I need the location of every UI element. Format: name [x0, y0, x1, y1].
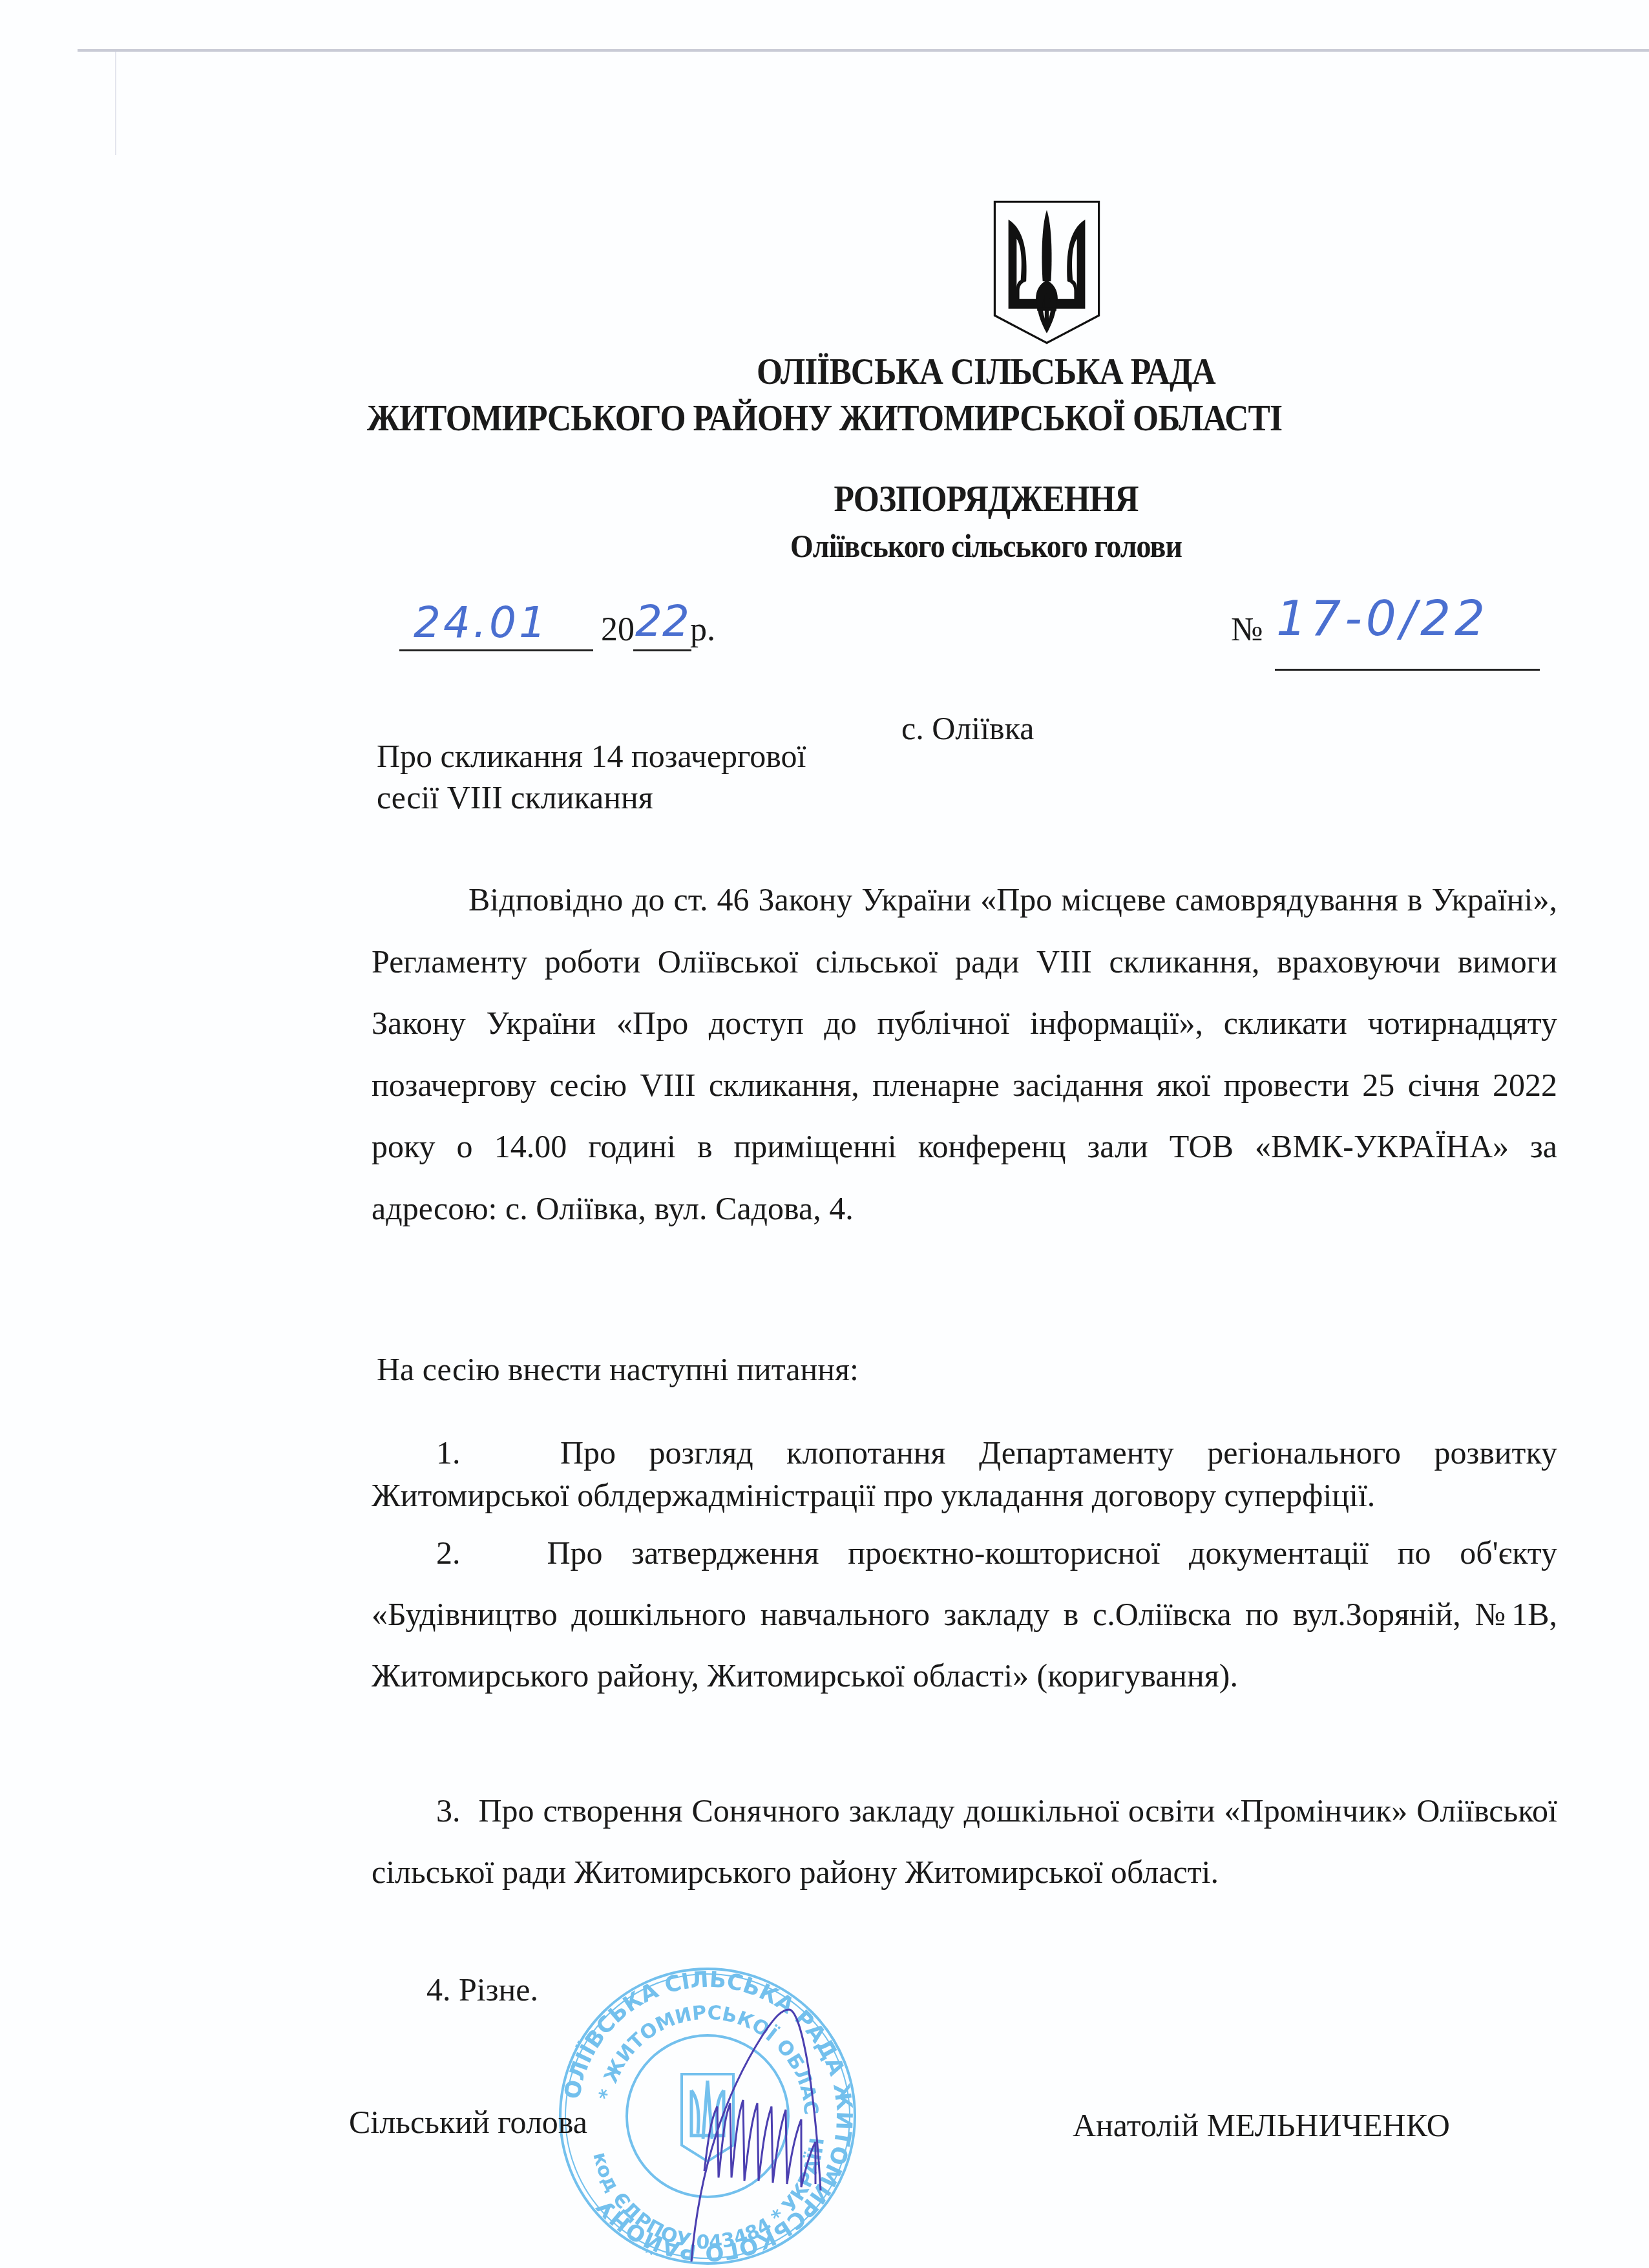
ukraine-coat-of-arms-icon: [992, 199, 1102, 346]
year-suffix-handwritten: 22: [635, 596, 689, 646]
agenda-item-number: 2.: [436, 1535, 461, 1571]
agenda-item-number: 1.: [436, 1434, 461, 1471]
agenda-item-text: Різне.: [459, 1971, 538, 2008]
place-of-issue: с. Оліївка: [901, 709, 1034, 747]
number-handwritten: 17-0/22: [1276, 591, 1489, 647]
document-type: РОЗПОРЯДЖЕННЯ: [227, 481, 1649, 518]
number-underline: [1275, 669, 1540, 671]
district-region: ЖИТОМИРСЬКОГО РАЙОНУ ЖИТОМИРСЬКОЇ ОБЛАСТ…: [66, 401, 1583, 437]
agenda-item-number: 4.: [426, 1971, 451, 2008]
body-paragraph: Відповідно до ст. 46 Закону України «Про…: [372, 869, 1557, 1239]
year-underline: [633, 649, 691, 651]
document-subject: Про скликання 14 позачергової сесії VIII…: [377, 735, 806, 818]
year-label: р.: [690, 611, 715, 649]
signatory-name: Анатолій МЕЛЬНИЧЕНКО: [1073, 2106, 1450, 2144]
agenda-intro: На сесію внести наступні питання:: [377, 1350, 859, 1388]
agenda-item-text: Про створення Сонячного закладу дошкільн…: [372, 1792, 1557, 1890]
date-day-month-handwritten: 24.01: [414, 598, 549, 647]
year-prefix: 20: [601, 611, 635, 649]
agenda-item: 2. Про затвердження проєктно-кошторисної…: [372, 1522, 1557, 1706]
agenda-item: 3. Про створення Сонячного закладу дошкі…: [372, 1780, 1557, 1903]
document-issuer: Оліївського сільського голови: [227, 530, 1649, 562]
council-name: ОЛІЇВСЬКА СІЛЬСЬКА РАДА: [227, 354, 1649, 390]
agenda-item-text: Про затвердження проєктно-кошторисної до…: [372, 1535, 1557, 1694]
agenda-item-number: 3.: [436, 1792, 461, 1829]
handwritten-signature: [646, 1977, 918, 2262]
agenda-item: 4. Різне.: [426, 1971, 538, 2008]
agenda-item: 1. Про розгляд клопотання Департаменту р…: [372, 1431, 1557, 1517]
date-underline: [399, 649, 593, 651]
signatory-title: Сільський голова: [349, 2103, 587, 2141]
number-sign: №: [1231, 611, 1263, 649]
subject-line: сесії VIII скликання: [377, 777, 806, 818]
document-page: ОЛІЇВСЬКА СІЛЬСЬКА РАДА ЖИТОМИРСЬКОГО РА…: [0, 0, 1649, 2268]
subject-line: Про скликання 14 позачергової: [377, 735, 806, 777]
agenda-item-text: Про розгляд клопотання Департаменту регі…: [372, 1434, 1557, 1513]
